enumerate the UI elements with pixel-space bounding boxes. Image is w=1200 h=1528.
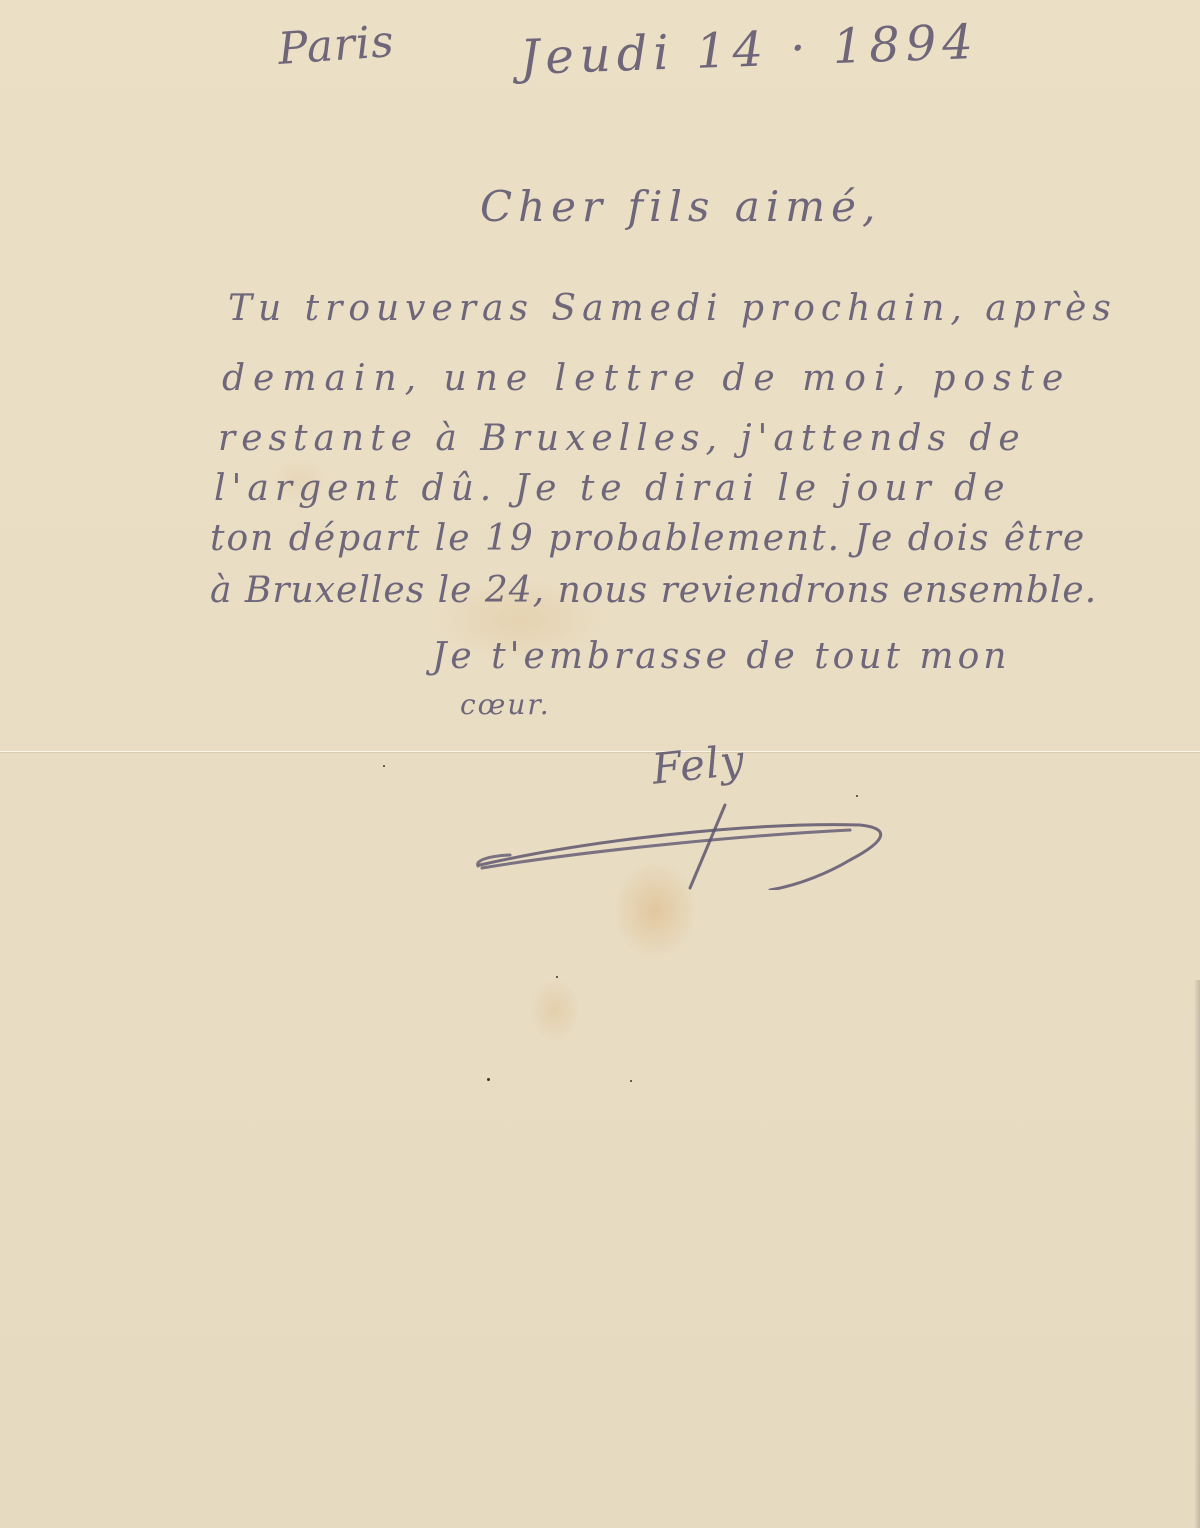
body-line: ton départ le 19 probablement. Je dois ê… xyxy=(210,518,1086,559)
paper-speck xyxy=(856,795,858,797)
body-line: Tu trouveras Samedi prochain, après xyxy=(228,288,1117,329)
body-line: l'argent dû. Je te dirai le jour de xyxy=(214,468,1011,509)
closing-line: cœur. xyxy=(460,688,551,721)
fold-line-shadow xyxy=(0,752,1200,753)
signature-flourish-icon xyxy=(470,800,900,890)
paper-speck xyxy=(487,1078,490,1081)
body-line: demain, une lettre de moi, poste xyxy=(222,358,1071,399)
letter-page: Paris Jeudi 14 · 1894 Cher fils aimé, Tu… xyxy=(0,0,1200,1528)
paper-edge-shadow xyxy=(1194,980,1200,1528)
body-line: à Bruxelles le 24, nous reviendrons ense… xyxy=(210,570,1097,611)
body-line: restante à Bruxelles, j'attends de xyxy=(218,418,1026,459)
letter-place: Paris xyxy=(276,16,396,75)
paper-speck xyxy=(556,976,558,978)
paper-speck xyxy=(630,1080,632,1082)
letter-date: Jeudi 14 · 1894 xyxy=(519,14,980,86)
closing-line: Je t'embrasse de tout mon xyxy=(432,636,1010,677)
paper-speck xyxy=(383,765,385,767)
signature: Fely xyxy=(650,735,747,793)
letter-salutation: Cher fils aimé, xyxy=(480,182,881,231)
